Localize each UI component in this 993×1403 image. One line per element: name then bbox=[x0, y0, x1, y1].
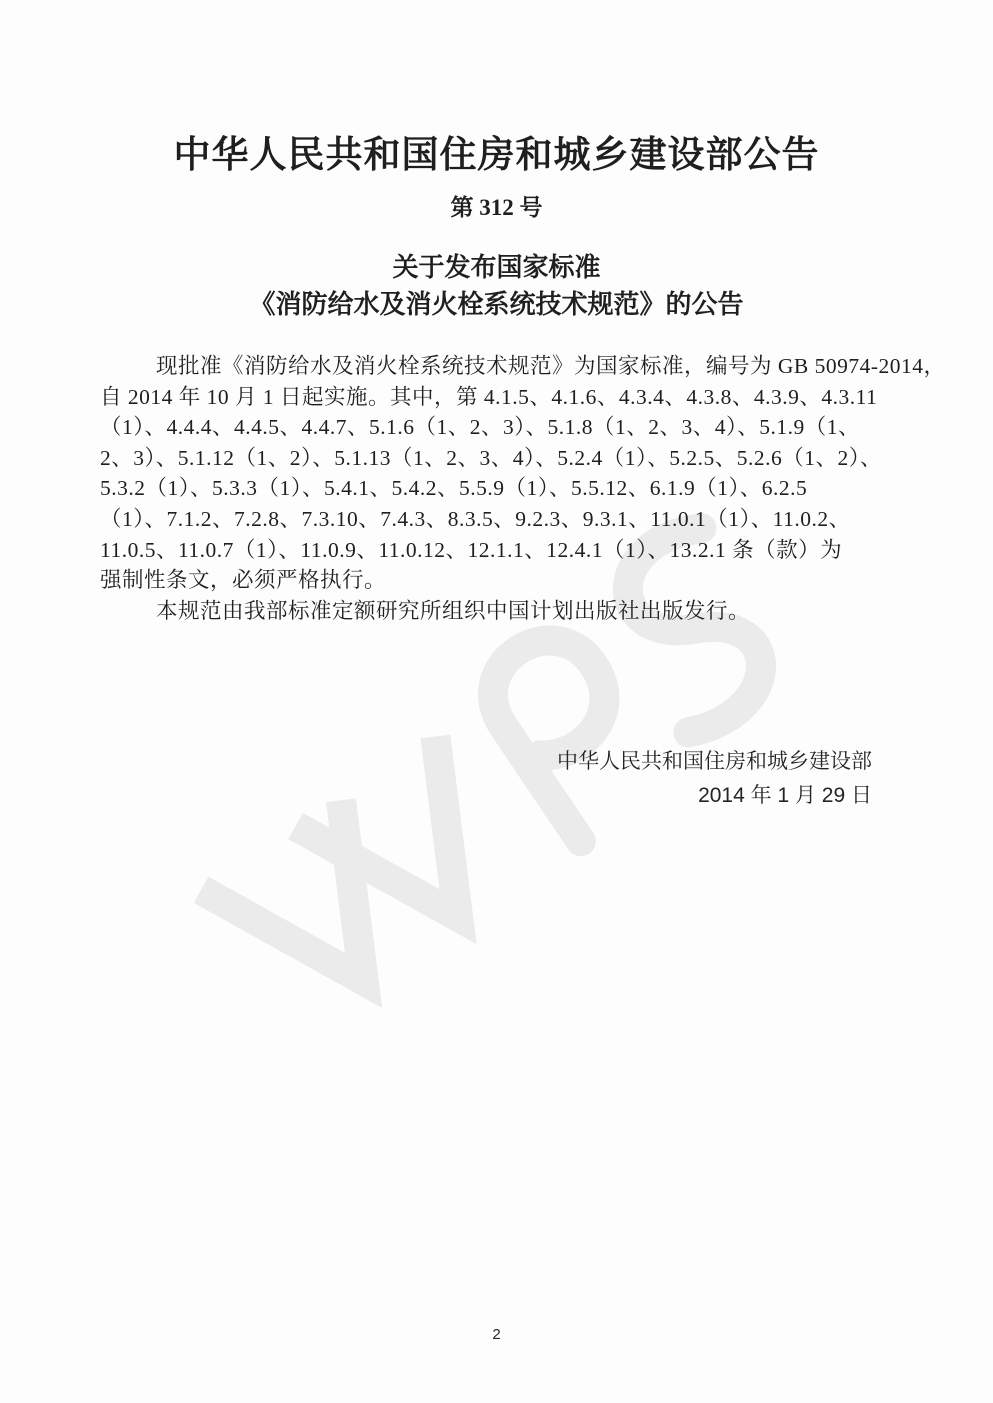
document-title: 中华人民共和国住房和城乡建设部公告 bbox=[0, 136, 993, 177]
body-paragraph1-line: 11.0.5、11.0.7（1）、11.0.9、11.0.12、12.1.1、1… bbox=[100, 535, 880, 566]
body-paragraph1-line: （1）、7.1.2、7.2.8、7.3.10、7.4.3、8.3.5、9.2.3… bbox=[100, 504, 880, 535]
wps-w-chevron-1 bbox=[201, 797, 431, 1027]
body-paragraph1-line: 2、3）、5.1.12（1、2）、5.1.13（1、2、3、4）、5.2.4（1… bbox=[100, 443, 880, 474]
body-paragraph1-line: 强制性条文，必须严格执行。 bbox=[100, 565, 880, 596]
body-paragraph1-line: 5.3.2（1）、5.3.3（1）、5.4.1、5.4.2、5.5.9（1）、5… bbox=[100, 473, 880, 504]
body-paragraph1-line: （1）、4.4.4、4.4.5、4.4.7、5.1.6（1、2、3）、5.1.8… bbox=[100, 412, 880, 443]
wps-p-letter bbox=[473, 620, 671, 841]
announcement-body: 现批准《消防给水及消火栓系统技术规范》为国家标准，编号为 GB 50974-20… bbox=[100, 351, 880, 626]
body-paragraph1-line: 现批准《消防给水及消火栓系统技术规范》为国家标准，编号为 GB 50974-20… bbox=[100, 351, 880, 382]
signature-date: 2014 年 1 月 29 日 bbox=[698, 779, 872, 809]
announcement-subtitle-line1: 关于发布国家标准 bbox=[0, 247, 993, 284]
document-page: PS 中华人民共和国住房和城乡建设部公告 第 312 号 关于发布国家标准 《消… bbox=[0, 0, 993, 1403]
body-paragraph1-line: 自 2014 年 10 月 1 日起实施。其中，第 4.1.5、4.1.6、4.… bbox=[100, 382, 880, 413]
document-number: 第 312 号 bbox=[0, 189, 993, 222]
announcement-subtitle-line2: 《消防给水及消火栓系统技术规范》的公告 bbox=[0, 284, 993, 321]
wps-w-chevron-2 bbox=[296, 733, 526, 963]
signature-organization: 中华人民共和国住房和城乡建设部 bbox=[557, 745, 872, 775]
body-paragraph2-line: 本规范由我部标准定额研究所组织中国计划出版社出版发行。 bbox=[100, 596, 880, 627]
page-number: 2 bbox=[0, 1326, 993, 1343]
wps-watermark-label: PS bbox=[338, 1088, 340, 1091]
